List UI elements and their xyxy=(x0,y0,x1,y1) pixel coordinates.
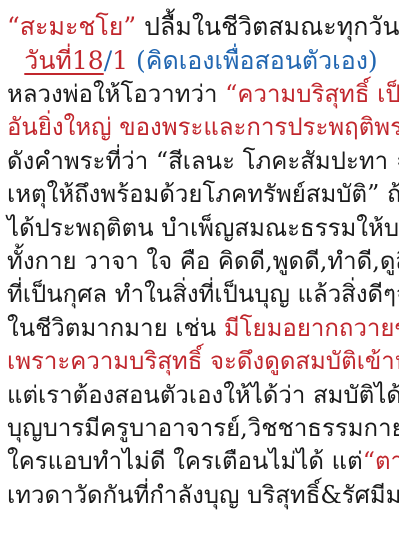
text-line: อันยิ่งใหญ่ ของพระและการประพฤติพรหมจรรย์… xyxy=(7,111,395,144)
text-line: ได้ประพฤติตน บำเพ็ญสมณะธรรมให้บริสุทธิ์ xyxy=(7,212,395,245)
text-line: “สะมะชโย” ปลื้มในชีวิตสมณะทุกวัน xyxy=(7,10,395,44)
text-line: ในชีวิตมากมาย เช่น มีโยมอยากถวายของ/ปัจจ… xyxy=(7,312,395,345)
text-line: เพราะความบริสุทธิ์ จะดึงดูดสมบัติเข้าหาต… xyxy=(7,345,395,378)
text-segment: หลวงพ่อให้โอวาทว่า xyxy=(7,80,225,108)
text-segment: ดังคำพระที่ว่า “สีเลนะ โภคะสัมปะทา = ศีล… xyxy=(7,147,399,175)
text-segment: เหตุให้ถึงพร้อมด้วยโภคทรัพย์สมบัติ” ถ้าพ… xyxy=(7,180,399,208)
text-segment: 1 xyxy=(112,46,128,75)
text-segment: “ตายแล้วรู้กัน” xyxy=(363,447,399,475)
text-line: เหตุให้ถึงพร้อมด้วยโภคทรัพย์สมบัติ” ถ้าพ… xyxy=(7,178,395,211)
text-segment: “สะมะชโย” xyxy=(7,12,136,41)
text-segment: บุญบารมีครูบาอาจารย์,วิชชาธรรมกาย&ตัวเรา xyxy=(7,414,399,442)
text-segment: ในชีวิตมากมาย เช่น xyxy=(7,314,224,342)
text-line: ดังคำพระที่ว่า “สีเลนะ โภคะสัมปะทา = ศีล… xyxy=(7,145,395,178)
document-page: “สะมะชโย” ปลื้มในชีวิตสมณะทุกวันวันที่18… xyxy=(0,0,399,534)
text-line: ทั้งกาย วาจา ใจ คือ คิดดี,พูดดี,ทำดี,ดูส… xyxy=(7,245,395,278)
text-segment: เพราะความบริสุทธิ์ จะดึงดูดสมบัติเข้าหาต… xyxy=(7,347,399,375)
text-segment: ทั้งกาย วาจา ใจ คือ คิดดี,พูดดี,ทำดี,ดูส… xyxy=(7,247,399,275)
text-segment: / xyxy=(104,46,112,75)
text-line: ใครแอบทำไม่ดี ใครเตือนไม่ได้ แต่“ตายแล้ว… xyxy=(7,445,395,478)
text-segment: ได้ประพฤติตน บำเพ็ญสมณะธรรมให้บริสุทธิ์ xyxy=(7,214,399,242)
text-segment: “ความบริสุทธิ์ เป็นสมบัติ- xyxy=(225,80,399,108)
text-segment: ปลื้มในชีวิตสมณะทุกวัน xyxy=(136,12,399,41)
text-segment: (คิดเองเพื่อสอนตัวเอง) xyxy=(128,46,378,75)
text-segment: วันที่18 xyxy=(24,46,103,75)
text-segment: มีโยมอยากถวายของ/ปัจจัย xyxy=(224,314,399,342)
text-line: หลวงพ่อให้โอวาทว่า “ความบริสุทธิ์ เป็นสม… xyxy=(7,78,395,111)
text-line: เทวดาวัดกันที่กำลังบุญ บริสุทธิ์&รัศมีมา… xyxy=(7,479,395,512)
text-line: แต่เราต้องสอนตัวเองให้ได้ว่า สมบัติได้มา… xyxy=(7,379,395,412)
text-line: วันที่18/1 (คิดเองเพื่อสอนตัวเอง) xyxy=(7,44,395,78)
text-line: ที่เป็นกุศล ทำในสิ่งที่เป็นบุญ แล้วสิ่งด… xyxy=(7,278,395,311)
text-lines: “สะมะชโย” ปลื้มในชีวิตสมณะทุกวันวันที่18… xyxy=(7,10,395,512)
text-segment: เทวดาวัดกันที่กำลังบุญ บริสุทธิ์&รัศมีมา… xyxy=(7,481,399,509)
text-segment: อันยิ่งใหญ่ ของพระและการประพฤติพรหมจรรย์… xyxy=(7,113,399,141)
text-segment: ที่เป็นกุศล ทำในสิ่งที่เป็นบุญ แล้วสิ่งด… xyxy=(7,280,399,308)
text-segment: ใครแอบทำไม่ดี ใครเตือนไม่ได้ แต่ xyxy=(7,447,363,475)
text-line: บุญบารมีครูบาอาจารย์,วิชชาธรรมกาย&ตัวเรา xyxy=(7,412,395,445)
text-segment: แต่เราต้องสอนตัวเองให้ได้ว่า สมบัติได้มา… xyxy=(7,381,399,409)
